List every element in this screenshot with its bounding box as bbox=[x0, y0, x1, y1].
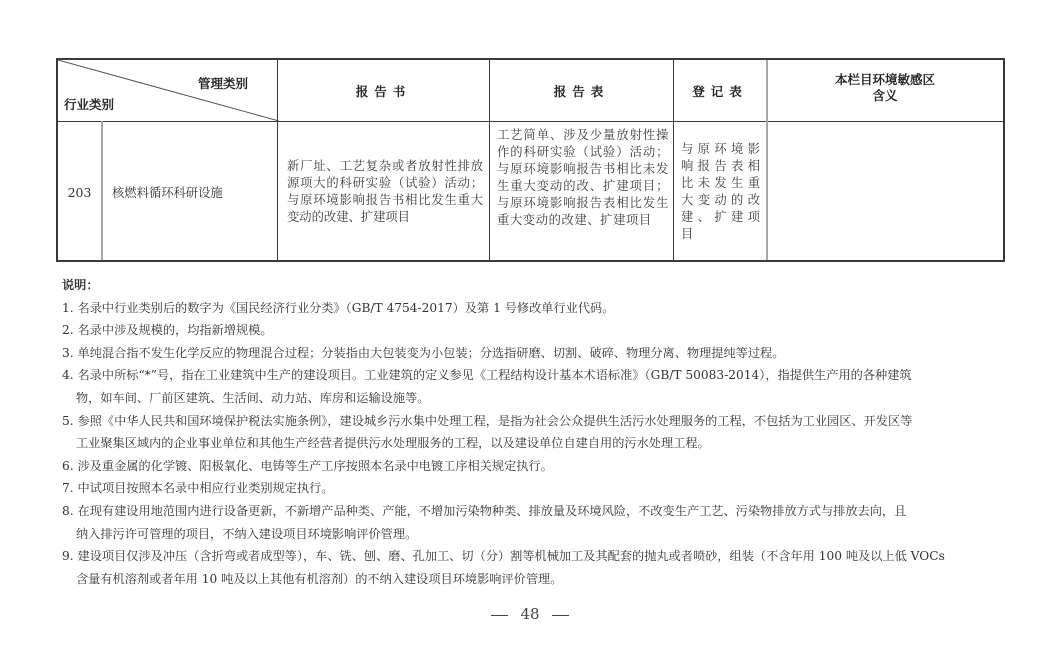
note-item-1: 1. 名录中行业类别后的数字为《国民经济行业分类》（GB/T 4754-2017… bbox=[62, 297, 1007, 320]
page-number: 48 bbox=[0, 605, 1060, 623]
row-number: 203 bbox=[58, 122, 101, 262]
row-report-book: 新厂址、工艺复杂或者放射性排放源项大的科研实验（试验）活动；与原环境影响报告书相… bbox=[279, 122, 489, 262]
row-registration-form: 与原环境影响报告表相比未发生重大变动的改建、扩建项目 bbox=[675, 122, 766, 262]
note-item-9: 9. 建设项目仅涉及冲压（含折弯或者成型等），车、铣、刨、磨、孔加工、切（分）割… bbox=[62, 545, 1007, 590]
header-management-category: 管理类别 bbox=[198, 74, 248, 92]
note-item-3: 3. 单纯混合指不发生化学反应的物理混合过程；分装指由大包装变为小包装；分选指研… bbox=[62, 342, 1007, 365]
note-item-4: 4. 名录中所标“*”号，指在工业建筑中生产的建设项目。工业建筑的定义参见《工程… bbox=[62, 364, 1007, 409]
row-industry-category: 核燃料循环科研设施 bbox=[104, 122, 277, 262]
note-item-6: 6. 涉及重金属的化学镀、阳极氧化、电铸等生产工序按照本名录中电镀工序相关规定执… bbox=[62, 455, 1007, 478]
header-registration-form: 登记表 bbox=[674, 60, 766, 121]
header-report-form: 报告表 bbox=[490, 60, 673, 121]
notes-section: 说明： 1. 名录中行业类别后的数字为《国民经济行业分类》（GB/T 4754-… bbox=[62, 274, 1007, 590]
classification-table: 管理类别 行业类别 报告书 报告表 登记表 本栏目环境敏感区 含义 203 核燃… bbox=[56, 58, 1005, 262]
row-report-form: 工艺简单、涉及少量放射性操作的科研实验（试验）活动；与原环境影响报告书相比未发生… bbox=[491, 122, 673, 262]
notes-title: 说明： bbox=[62, 274, 1007, 297]
header-industry-category: 行业类别 bbox=[64, 95, 114, 113]
dash-left bbox=[491, 615, 508, 616]
note-item-7: 7. 中试项目按照本名录中相应行业类别规定执行。 bbox=[62, 477, 1007, 500]
note-item-5: 5. 参照《中华人民共和国环境保护税法实施条例》，建设城乡污水集中处理工程，是指… bbox=[62, 410, 1007, 455]
dash-right bbox=[552, 615, 569, 616]
header-sensitive-area: 本栏目环境敏感区 含义 bbox=[767, 60, 1003, 116]
row-sensitive-area bbox=[768, 122, 1003, 262]
col-divider-number bbox=[101, 121, 103, 260]
note-item-2: 2. 名录中涉及规模的，均指新增规模。 bbox=[62, 319, 1007, 342]
header-report-book: 报告书 bbox=[278, 60, 489, 121]
note-item-8: 8. 在现有建设用地范围内进行设备更新，不新增产品种类、产能，不增加污染物种类、… bbox=[62, 500, 1007, 545]
